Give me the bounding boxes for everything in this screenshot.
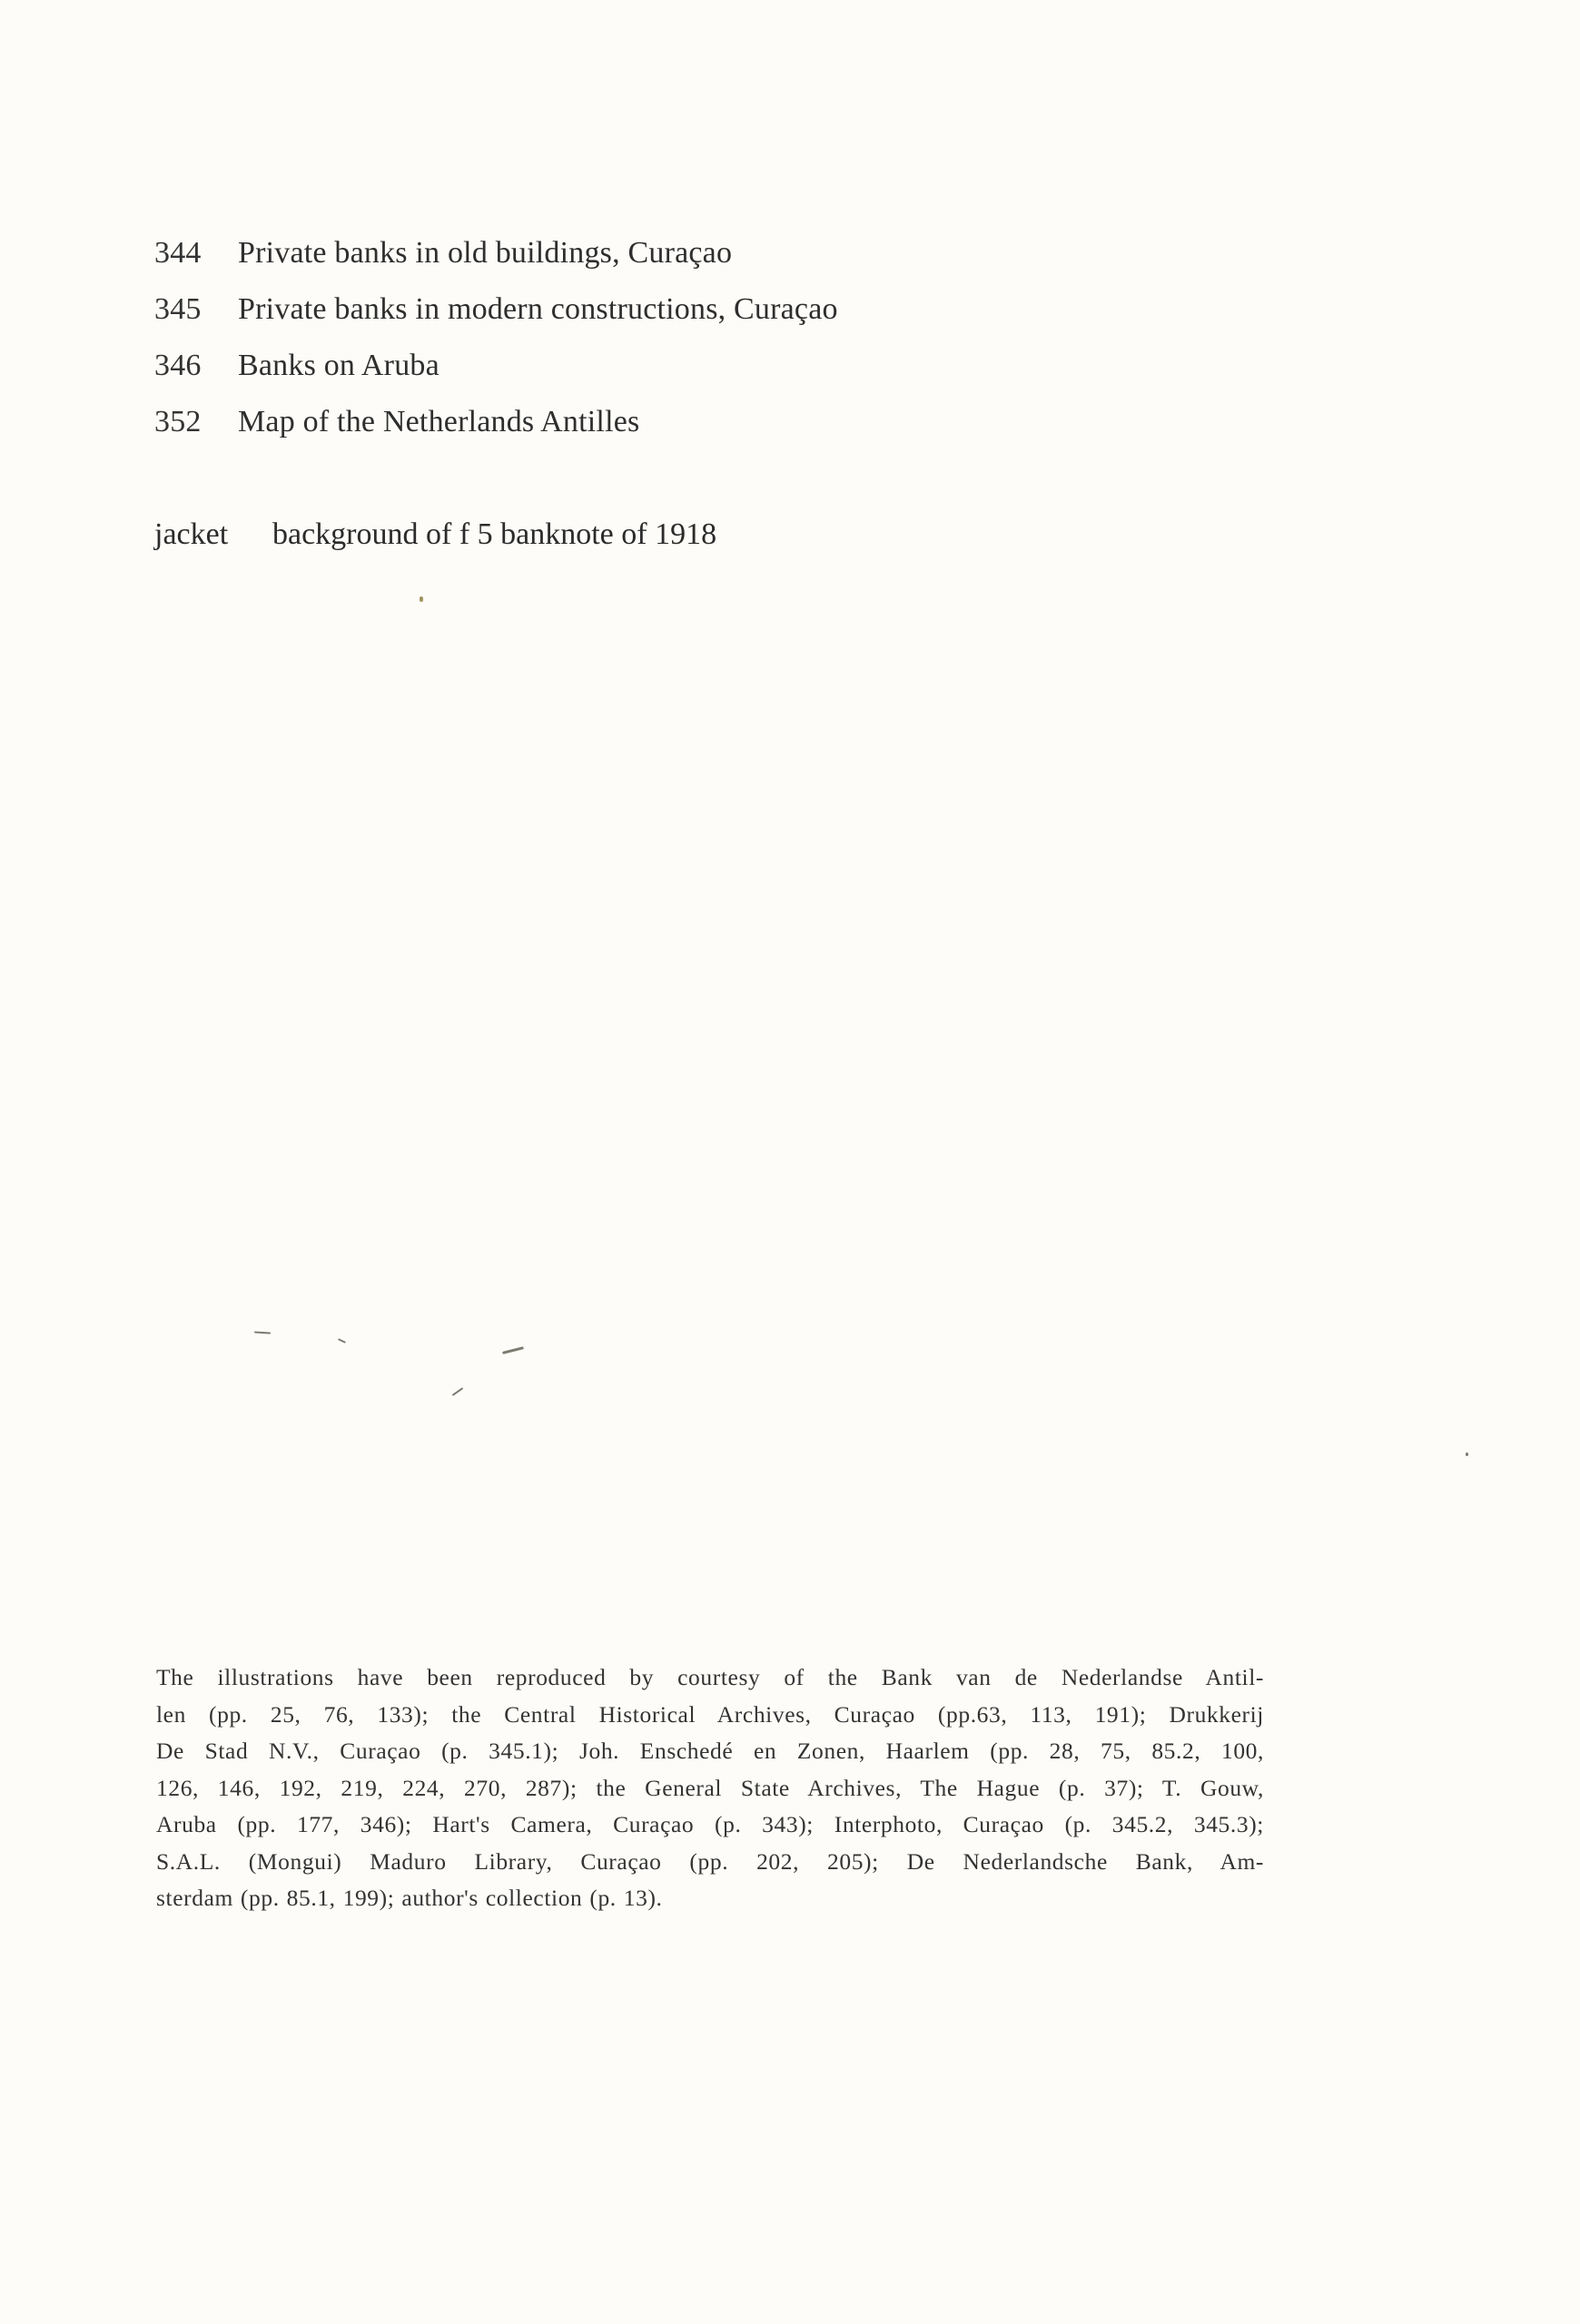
scan-speck xyxy=(338,1338,346,1344)
list-item: 345 Private banks in modern construction… xyxy=(154,281,1062,338)
scan-speck xyxy=(452,1387,464,1396)
illustration-credits-paragraph: The illustrations have been reproduced b… xyxy=(156,1659,1264,1917)
page-number: 344 xyxy=(154,225,238,281)
page-number: 352 xyxy=(154,394,238,450)
credits-line: S.A.L. (Mongui) Maduro Library, Curaçao … xyxy=(156,1844,1264,1881)
illustration-list: 344 Private banks in old buildings, Cura… xyxy=(154,225,1062,450)
credits-line: len (pp. 25, 76, 133); the Central Histo… xyxy=(156,1697,1264,1734)
list-item: 344 Private banks in old buildings, Cura… xyxy=(154,225,1062,281)
credits-line: Aruba (pp. 177, 346); Hart's Camera, Cur… xyxy=(156,1807,1264,1844)
illustration-title: Private banks in old buildings, Curaçao xyxy=(238,225,732,281)
list-item: 352 Map of the Netherlands Antilles xyxy=(154,394,1062,450)
credits-line: De Stad N.V., Curaçao (p. 345.1); Joh. E… xyxy=(156,1733,1264,1770)
list-item: 346 Banks on Aruba xyxy=(154,338,1062,394)
credits-line: sterdam (pp. 85.1, 199); author's collec… xyxy=(156,1880,1264,1917)
jacket-description: background of f 5 banknote of 1918 xyxy=(272,507,716,563)
illustration-title: Private banks in modern constructions, C… xyxy=(238,281,838,338)
scan-speck xyxy=(1466,1452,1468,1456)
page-number: 346 xyxy=(154,338,238,394)
jacket-label: jacket xyxy=(154,507,272,563)
jacket-entry: jacket background of f 5 banknote of 191… xyxy=(154,507,716,563)
credits-line: 126, 146, 192, 219, 224, 270, 287); the … xyxy=(156,1770,1264,1807)
scan-speck xyxy=(420,596,423,602)
page-number: 345 xyxy=(154,281,238,338)
illustration-title: Map of the Netherlands Antilles xyxy=(238,394,639,450)
scan-speck xyxy=(254,1331,271,1334)
book-page: 344 Private banks in old buildings, Cura… xyxy=(0,0,1580,2324)
scan-speck xyxy=(502,1346,524,1354)
credits-line: The illustrations have been reproduced b… xyxy=(156,1659,1264,1697)
illustration-title: Banks on Aruba xyxy=(238,338,439,394)
